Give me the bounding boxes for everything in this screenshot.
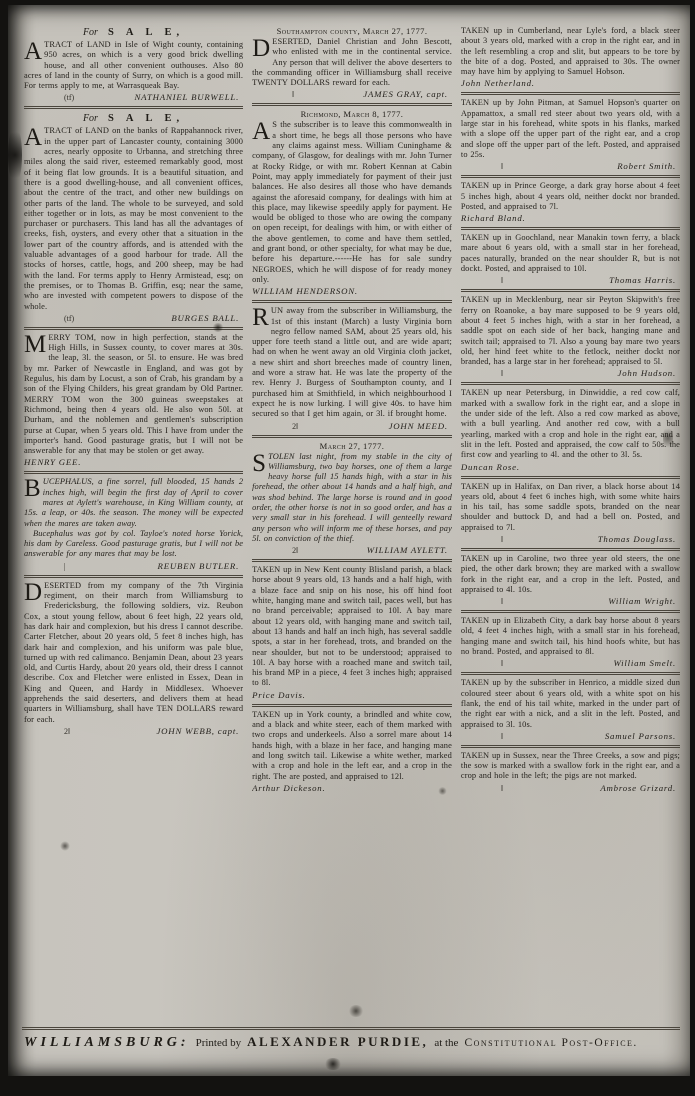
signature-name: Arthur Dickeson. [252,783,325,793]
ad-richmond-notice: Richmond, March 8, 1777. AS the subscrib… [252,103,452,298]
signature-name: Price Davis. [252,690,306,700]
ad-body: TOLEN last night, from my stable in the … [252,452,452,543]
column-2: Southampton county, March 27, 1777. DESE… [252,25,452,1024]
signature-name: John Hudson. [618,368,676,378]
drop-cap: D [24,581,44,603]
signature-mark: ‖ [501,784,503,793]
signature-name: William Wright. [608,596,676,606]
signature-name: John Netherland. [461,78,535,88]
heading-for: For [83,113,98,124]
signature-mark: ‖ [501,535,503,544]
newspaper-page: ForS A L E, ATRACT of LAND in Isle of Wi… [8,5,690,1076]
signature-name: WILLIAM AYLETT. [367,545,448,555]
ad-body: TAKEN up by John Pitman, at Samuel Hopso… [461,98,680,158]
ad-taken-petersburg: TAKEN up near Petersburg, in Dinwiddie, … [461,382,680,473]
ad-merry-tom: MERRY TOM, now in high perfection, stand… [24,327,243,470]
ad-body: UN away from the subscriber in Williamsb… [252,306,452,418]
imprint-line: WILLIAMSBURG: Printed by ALEXANDER PURDI… [24,1034,680,1060]
ad-taken-york: TAKEN up in York county, a brindled and … [252,704,452,795]
signature-name: Thomas Douglass. [598,534,676,544]
ad-taken-appamattox: TAKEN up by John Pitman, at Samuel Hopso… [461,92,680,173]
ad-heading: ForS A L E, [24,27,243,38]
drop-cap: B [24,477,43,499]
ad-body: TAKEN up in Sussex, near the Three Creek… [461,751,680,781]
drop-cap: A [24,40,44,62]
ad-signature: Price Davis. [252,690,452,700]
ad-body: TAKEN up in Goochland, near Manakin town… [461,233,680,273]
ad-body: ERRY TOM, now in high perfection, stands… [24,333,243,455]
ad-taken-new-kent: TAKEN up in New Kent county Blisland par… [252,559,452,702]
ad-taken-mecklenburg: TAKEN up in Mecklenburg, near sir Peyton… [461,289,680,380]
ad-body: TRACT of LAND in Isle of Wight county, c… [24,40,243,90]
signature-mark: 2‖ [64,727,70,736]
ad-body: TAKEN up in Mecklenburg, near sir Peyton… [461,295,680,366]
ad-signature: Duncan Rose. [461,462,680,472]
heading-sale: S A L E, [108,27,184,38]
signature-mark: (tf) [64,314,74,323]
ad-signature: WILLIAM HENDERSON. [252,286,452,296]
imprint-place: WILLIAMSBURG: [24,1035,190,1051]
ad-deserted-7th-regiment: DESERTED from my company of the 7th Virg… [24,575,243,738]
drop-cap: M [24,333,48,355]
ad-dateline: Richmond, March 8, 1777. [252,109,452,119]
ad-signature: ‖William Wright. [461,596,680,606]
imprint-office: Constitutional Post-Office. [464,1037,637,1049]
newspaper-scan: { "footer": { "place": "WILLIAMSBURG:", … [0,0,695,1096]
drop-cap: S [252,452,268,474]
ad-body: TAKEN up in Halifax, on Dan river, a bla… [461,482,680,532]
signature-mark: ‖ [501,276,503,285]
signature-name: Duncan Rose. [461,462,520,472]
signature-name: NATHANIEL BURWELL. [134,92,239,102]
signature-name: Richard Bland. [461,213,526,223]
ad-dateline: Southampton county, March 27, 1777. [252,26,452,36]
ad-signature: HENRY GEE. [24,457,243,467]
signature-name: Ambrose Grizard. [600,783,676,793]
signature-name: WILLIAM HENDERSON. [252,286,358,296]
ad-taken-prince-george: TAKEN up in Prince George, a dark gray h… [461,175,680,225]
ad-signature: Arthur Dickeson. [252,783,452,793]
imprint-at-the: at the [434,1037,458,1049]
signature-mark: 2‖ [292,422,298,431]
ad-signature: ‖William Smelt. [461,658,680,668]
ad-taken-henrico: TAKEN up by the subscriber in Henrico, a… [461,672,680,742]
ad-signature: 2‖JOHN WEBB, capt. [24,726,243,736]
ad-tract-isle-of-wight: ForS A L E, ATRACT of LAND in Isle of Wi… [24,25,243,104]
ad-body: TAKEN up by the subscriber in Henrico, a… [461,678,680,728]
signature-mark: ‖ [501,162,503,171]
signature-name: Robert Smith. [617,161,676,171]
ad-body: TAKEN up in New Kent county Blisland par… [252,565,452,687]
ad-body: ESERTED, Daniel Christian and John Besco… [252,37,452,87]
signature-mark: ‖ [292,90,294,99]
ad-deserted-southampton: Southampton county, March 27, 1777. DESE… [252,25,452,101]
signature-name: HENRY GEE. [24,457,81,467]
signature-mark: ‖ [501,597,503,606]
signature-name: Thomas Harris. [609,275,676,285]
ad-taken-sussex: TAKEN up in Sussex, near the Three Creek… [461,745,680,795]
signature-mark: 2‖ [292,546,298,555]
ad-body: S the subscriber is to leave this common… [252,120,452,283]
signature-name: JAMES GRAY, capt. [363,89,448,99]
ad-body: TAKEN up in Cumberland, near Lyle's ford… [461,26,680,76]
drop-cap: A [24,126,44,148]
ad-body: ESERTED from my company of the 7th Virgi… [24,581,243,724]
ad-signature: John Netherland. [461,78,680,88]
footer-divider [22,1027,680,1030]
ad-signature: (tf)NATHANIEL BURWELL. [24,92,243,102]
column-3: TAKEN up in Cumberland, near Lyle's ford… [461,25,680,1024]
ad-signature: ‖Samuel Parsons. [461,731,680,741]
imprint-printed-by: Printed by [196,1037,242,1049]
signature-mark: (tf) [64,93,74,102]
ad-heading: ForS A L E, [24,113,243,124]
ad-signature: 2‖JOHN MEED. [252,421,452,431]
signature-mark: | [64,562,66,571]
heading-for: For [83,27,98,38]
ad-taken-halifax: TAKEN up in Halifax, on Dan river, a bla… [461,476,680,546]
drop-cap: A [252,120,272,142]
ad-signature: ‖John Hudson. [461,368,680,378]
ad-body: TAKEN up in Caroline, two three year old… [461,554,680,594]
ad-signature: ‖Robert Smith. [461,161,680,171]
ad-body-2: Bucephalus was got by col. Tayloe's note… [24,529,243,560]
ad-signature: ‖Ambrose Grizard. [461,783,680,793]
signature-name: Samuel Parsons. [605,731,676,741]
ad-signature: ‖Thomas Harris. [461,275,680,285]
columns-container: ForS A L E, ATRACT of LAND in Isle of Wi… [24,25,680,1024]
ad-dateline: March 27, 1777. [252,441,452,451]
ad-signature: ‖Thomas Douglass. [461,534,680,544]
signature-mark: ‖ [501,369,503,378]
ad-signature: (tf)BURGES BALL. [24,313,243,323]
ad-taken-elizabeth-city: TAKEN up in Elizabeth City, a dark bay h… [461,610,680,670]
ad-body: TAKEN up in York county, a brindled and … [252,710,452,781]
ad-bucephalus: BUCEPHALUS, a fine sorrel, full blooded,… [24,471,243,572]
ad-body: TAKEN up near Petersburg, in Dinwiddie, … [461,388,680,459]
ad-taken-caroline: TAKEN up in Caroline, two three year old… [461,548,680,608]
column-1: ForS A L E, ATRACT of LAND in Isle of Wi… [24,25,243,1024]
imprint-printer-name: ALEXANDER PURDIE, [247,1034,428,1050]
signature-mark: ‖ [501,659,503,668]
signature-name: William Smelt. [613,658,676,668]
ad-stolen-horses: March 27, 1777. STOLEN last night, from … [252,435,452,558]
signature-mark: ‖ [501,732,503,741]
ad-taken-goochland: TAKEN up in Goochland, near Manakin town… [461,227,680,287]
drop-cap: D [252,37,272,59]
ad-body: TAKEN up in Prince George, a dark gray h… [461,181,680,211]
ad-tract-rappahannock: ForS A L E, ATRACT of LAND on the banks … [24,106,243,324]
ink-blot [8,125,22,185]
ad-runaway-sam: RUN away from the subscriber in Williams… [252,300,452,432]
ad-body: TRACT of LAND on the banks of Rappahanno… [24,126,243,310]
ad-body: UCEPHALUS, a fine sorrel, full blooded, … [24,477,243,527]
signature-name: BURGES BALL. [171,313,239,323]
signature-name: JOHN MEED. [389,421,448,431]
ad-body: TAKEN up in Elizabeth City, a dark bay h… [461,616,680,656]
ad-signature: Richard Bland. [461,213,680,223]
ad-signature: ‖JAMES GRAY, capt. [252,89,452,99]
signature-name: REUBEN BUTLER. [158,561,240,571]
signature-name: JOHN WEBB, capt. [156,726,239,736]
ad-signature: 2‖WILLIAM AYLETT. [252,545,452,555]
ad-taken-cumberland: TAKEN up in Cumberland, near Lyle's ford… [461,25,680,90]
drop-cap: R [252,306,271,328]
heading-sale: S A L E, [108,113,184,124]
ad-signature: |REUBEN BUTLER. [24,561,243,571]
